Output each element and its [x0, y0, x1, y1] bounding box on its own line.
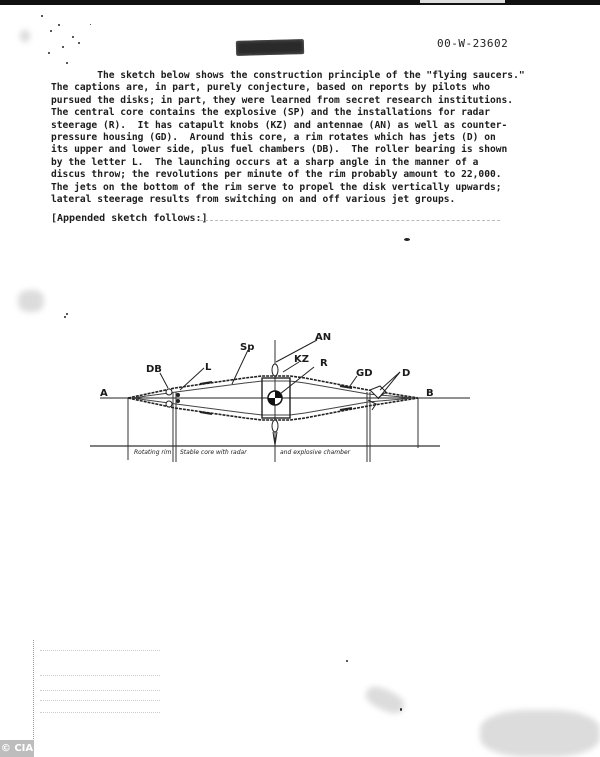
body-line: pursued the disks; in part, they were le…	[51, 95, 521, 107]
speck	[404, 238, 410, 241]
dashed-rule	[200, 220, 500, 221]
scan-noise-line	[40, 675, 160, 676]
body-line: its upper and lower side, plus fuel cham…	[51, 144, 521, 156]
scan-noise-line	[40, 712, 160, 713]
body-line: pressure housing (GD). Around this core,…	[51, 132, 521, 144]
speck	[48, 52, 50, 54]
scan-smudge	[480, 710, 600, 757]
speck	[66, 62, 68, 64]
body-line: The jets on the bottom of the rim serve …	[51, 182, 521, 194]
scan-noise-line	[40, 650, 160, 651]
scan-noise-line	[40, 700, 160, 701]
speck	[400, 708, 402, 711]
label-AN: AN	[315, 332, 331, 343]
scan-noise-line	[40, 690, 160, 691]
cia-watermark: © CIA	[0, 740, 34, 757]
body-line: steerage (R). It has catapult knobs (KZ)…	[51, 120, 521, 132]
speck	[346, 660, 348, 662]
caption-rotating-rim: Rotating rim	[134, 449, 172, 456]
speck	[62, 46, 64, 48]
label-D: D	[402, 368, 410, 379]
scan-smudge	[363, 682, 408, 717]
body-line: The central core contains the explosive …	[51, 107, 521, 119]
label-GD: GD	[356, 368, 373, 379]
speck	[41, 15, 43, 17]
label-L: L	[205, 362, 212, 373]
body-paragraph: The sketch below shows the construction …	[51, 70, 521, 206]
appended-sketch-note: [Appended sketch follows:]	[51, 213, 208, 224]
speck	[78, 42, 80, 44]
body-line: lateral steerage results from switching …	[51, 194, 521, 206]
speck	[50, 30, 52, 32]
flying-saucer-sketch: A B DB L Sp AN KZ R GD D Rotating rim St…	[0, 300, 600, 500]
scan-margin-noise	[33, 640, 34, 755]
body-line: discus throw; the revolutions per minute…	[51, 169, 521, 181]
redacted-classification-stamp	[236, 39, 304, 56]
speck	[58, 24, 60, 26]
scan-top-edge	[0, 0, 600, 5]
speck	[72, 36, 74, 38]
caption-stable-core-right: and explosive chamber	[280, 449, 351, 456]
body-line: The captions are, in part, purely conjec…	[51, 82, 521, 94]
label-B: B	[426, 388, 434, 399]
body-line: by the letter L. The launching occurs at…	[51, 157, 521, 169]
scan-smudge	[20, 30, 30, 42]
label-A: A	[100, 388, 108, 399]
body-line: The sketch below shows the construction …	[51, 70, 521, 82]
label-KZ: KZ	[294, 354, 309, 365]
label-DB: DB	[146, 364, 162, 375]
speck	[90, 24, 91, 25]
label-R: R	[320, 358, 328, 369]
label-SP: Sp	[240, 342, 254, 353]
caption-stable-core-left: Stable core with radar	[180, 449, 247, 456]
document-id: 00-W-23602	[437, 37, 508, 50]
